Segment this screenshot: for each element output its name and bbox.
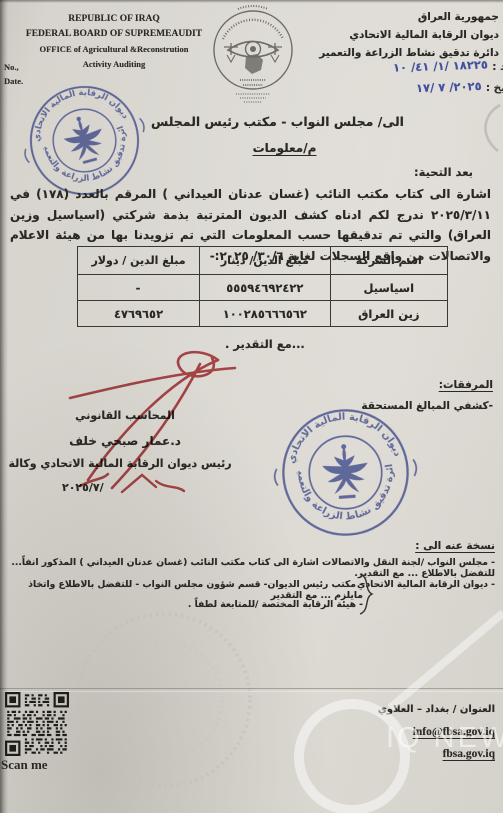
cell-dinar: ١٠٠٢٨٥٦٦٦٥٦٢ [200, 301, 331, 327]
board-title-ar: ديوان الرقابة المالية الاتحادي [319, 26, 499, 44]
cell-dollar: - [78, 275, 200, 301]
embossed-stamp [62, 592, 267, 792]
letterhead-arabic: جمهورية العراق ديوان الرقابة المالية الا… [319, 8, 499, 62]
cc-item-board: - ديوان الرقابة المالية الاتحادي [357, 579, 495, 590]
cell-dollar: ٤٧٦٩٦٥٢ [78, 301, 200, 327]
official-stamp-middle: ديوان الرقابة المالية الاتحادي دائرة تدق… [263, 395, 428, 550]
ref-number-value: ١٨٢٢٥ /١/ ٤١/ ١٠ [393, 57, 488, 74]
cell-dinar: ٥٥٥٩٤٦٩٢٤٢٢ [200, 275, 331, 301]
ref-date-line: التاريخ : ٢٠٢٥/ ٧ /١٧ [416, 80, 503, 94]
ref-number-line: العدد : ١٨٢٢٥ /١/ ٤١/ ١٠ [393, 59, 503, 73]
svg-text:دائرة تدقيق نشاط الزراعة والتع: دائرة تدقيق نشاط الزراعة والتعمير [41, 121, 138, 192]
eagle-icon [321, 443, 370, 500]
ref-number-label: العدد : [492, 61, 503, 73]
cell-company: زين العراق [330, 301, 447, 327]
ref-date-value: ٢٠٢٥/ ٧ /١٧ [416, 79, 482, 95]
col-debt-dollar: مبلغ الدين / دولار [78, 247, 200, 275]
cc-label: نسخة عنه الى : [415, 540, 495, 552]
board-title-en: FEDERAL BOARD OF SUPREMEAUDIT [14, 27, 214, 42]
table-row: اسياسيل ٥٥٥٩٤٦٩٢٤٢٢ - [78, 275, 448, 301]
ref-date-label: التاريخ : [486, 82, 503, 94]
greeting-line: بعد التحية: [414, 165, 473, 179]
subject-line: م/معلومات [232, 141, 337, 155]
document-page: REPUBLIC OF IRAQ FEDERAL BOARD OF SUPREM… [0, 0, 503, 813]
addressee-line: الى/ مجلس النواب - مكتب رئيس المجلس [150, 114, 405, 129]
table-row: زين العراق ١٠٠٢٨٥٦٦٦٥٦٢ ٤٧٦٩٦٥٢ [78, 301, 448, 327]
col-debt-dinar: مبلغ الدين/ دينار [200, 247, 331, 275]
website-link[interactable]: fbsa.gov.iq [443, 748, 495, 760]
qr-code[interactable] [5, 692, 69, 756]
scan-edge-shadow-top [0, 0, 503, 3]
scan-edge-shadow-left [0, 0, 8, 813]
fold-crease [0, 688, 503, 692]
cc-item-parliament: - مجلس النواب /لجنة النقل والاتصالات اشا… [6, 557, 495, 579]
office-title-en: OFFICE of Agricultural &Reconstrution [14, 42, 214, 57]
cell-company: اسياسيل [330, 275, 447, 301]
fbsa-emblem-icon [198, 2, 308, 106]
handwritten-day [118, 468, 188, 502]
col-company-name: اسم الشركة [330, 247, 447, 275]
debts-table: اسم الشركة مبلغ الدين/ دينار مبلغ الدين … [77, 246, 448, 327]
attachments-label: المرفقات: [439, 379, 493, 391]
table-header-row: اسم الشركة مبلغ الدين/ دينار مبلغ الدين … [78, 247, 448, 275]
eagle-icon [59, 112, 109, 167]
stamp-ring-bottom-text: دائرة تدقيق نشاط الزراعة والتعمير [41, 121, 138, 192]
country-title-ar: جمهورية العراق [319, 8, 499, 26]
email-link[interactable]: info@fbsa.gov.iq [413, 726, 495, 738]
letterhead-english: REPUBLIC OF IRAQ FEDERAL BOARD OF SUPREM… [14, 12, 214, 72]
footer-address: العنوان / بغداد – العلاوي [378, 704, 495, 715]
country-title-en: REPUBLIC OF IRAQ [14, 12, 214, 27]
paper-curl-mark [470, 103, 503, 153]
